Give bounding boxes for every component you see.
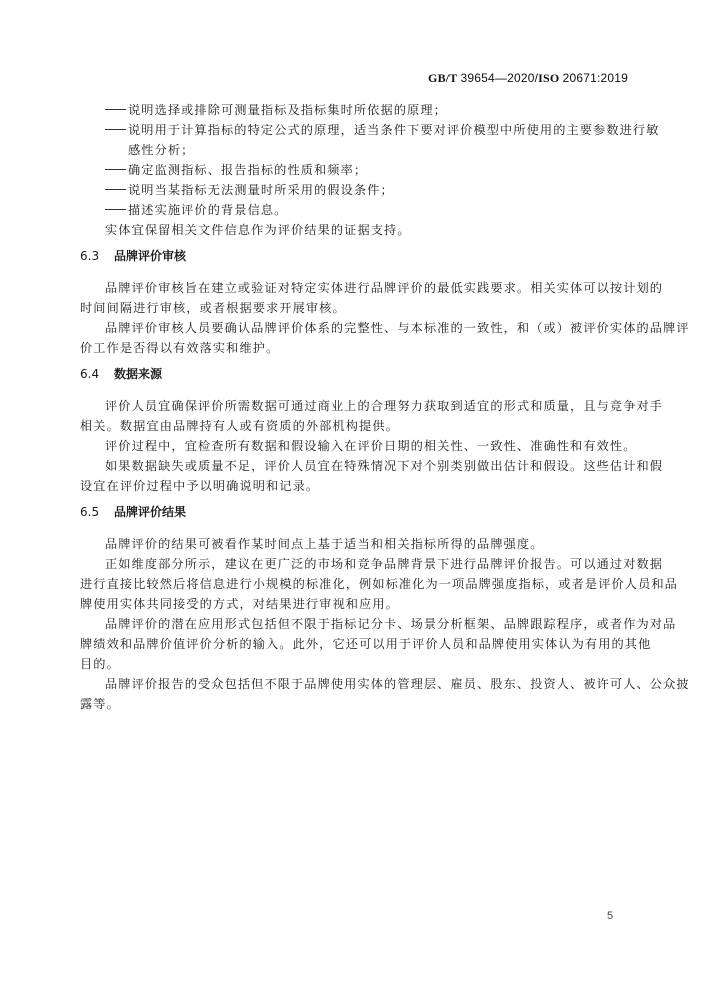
- paragraph-line: 品牌评价审核旨在建立或验证对特定实体进行品牌评价的最低实践要求。相关实体可以按计…: [80, 278, 629, 298]
- section-heading-6-4: 6.4数据来源: [80, 364, 629, 384]
- standard-prefix: GB/T: [428, 71, 457, 85]
- paragraph-line: 露等。: [80, 694, 629, 714]
- paragraph-line: 品牌评价审核人员要确认品牌评价体系的完整性、与本标准的一致性，和（或）被评价实体…: [80, 318, 629, 338]
- paragraph-line: 品牌评价的潜在应用形式包括但不限于指标记分卡、场景分析框架、品牌跟踪程序，或者作…: [80, 614, 629, 634]
- paragraph-line: 评价过程中，宜检查所有数据和假设输入在评价日期的相关性、一致性、准确性和有效性。: [80, 436, 629, 456]
- paragraph-line: 价工作是否得以有效落实和维护。: [80, 338, 629, 358]
- bullet-item: 确定监测指标、报告指标的性质和频率；: [80, 160, 629, 180]
- dash-icon: [105, 129, 126, 130]
- section-number: 6.4: [80, 364, 114, 384]
- section-title: 品牌评价审核: [114, 249, 186, 263]
- section-number: 6.5: [80, 502, 114, 522]
- paragraph-line: 品牌评价报告的受众包括但不限于品牌使用实体的管理层、雇员、股东、投资人、被许可人…: [80, 674, 629, 694]
- page-body: 说明选择或排除可测量指标及指标集时所依据的原理； 说明用于计算指标的特定公式的原…: [80, 100, 629, 714]
- section-title: 数据来源: [114, 367, 162, 381]
- paragraph-line: 如果数据缺失或质量不足，评价人员宜在特殊情况下对个别类别做出估计和假设。这些估计…: [80, 456, 629, 476]
- paragraph-line: 品牌评价的结果可被看作某时间点上基于适当和相关指标所得的品牌强度。: [80, 534, 629, 554]
- paragraph-line: 相关。数据宜由品牌持有人或有资质的外部机构提供。: [80, 416, 629, 436]
- dash-icon: [105, 209, 126, 210]
- section-title: 品牌评价结果: [114, 505, 186, 519]
- iso-number: 20671:2019: [563, 71, 628, 85]
- section-heading-6-5: 6.5品牌评价结果: [80, 502, 629, 522]
- dash-icon: [105, 189, 126, 190]
- standard-number: 39654—2020/: [461, 71, 539, 85]
- bullet-item: 说明用于计算指标的特定公式的原理，适当条件下要对评价模型中所使用的主要参数进行敏: [80, 120, 629, 140]
- paragraph-line: 牌绩效和品牌价值评价分析的输入。此外，它还可以用于评价人员和品牌使用实体认为有用…: [80, 634, 629, 654]
- paragraph-line: 牌使用实体共同接受的方式，对结果进行审视和应用。: [80, 594, 629, 614]
- paragraph-line: 目的。: [80, 654, 629, 674]
- paragraph-line: 正如维度部分所示，建议在更广泛的市场和竞争品牌背景下进行品牌评价报告。可以通过对…: [80, 554, 629, 574]
- dash-icon: [105, 109, 126, 110]
- iso-prefix: ISO: [538, 71, 559, 85]
- paragraph-line: 设宜在评价过程中予以明确说明和记录。: [80, 476, 629, 496]
- dash-icon: [105, 169, 126, 170]
- bullet-continuation: 感性分析；: [80, 140, 629, 160]
- standard-header: GB/T 39654—2020/ISO 20671:2019: [428, 71, 628, 86]
- intro-closing: 实体宜保留相关文件信息作为评价结果的证据支持。: [80, 220, 629, 240]
- section-number: 6.3: [80, 246, 114, 266]
- bullet-item: 描述实施评价的背景信息。: [80, 200, 629, 220]
- paragraph-line: 时间间隔进行审核，或者根据要求开展审核。: [80, 298, 629, 318]
- section-heading-6-3: 6.3品牌评价审核: [80, 246, 629, 266]
- page-number: 5: [607, 910, 613, 922]
- paragraph-line: 评价人员宜确保评价所需数据可通过商业上的合理努力获取到适宜的形式和质量，且与竞争…: [80, 396, 629, 416]
- bullet-item: 说明当某指标无法测量时所采用的假设条件；: [80, 180, 629, 200]
- paragraph-line: 进行直接比较然后将信息进行小规模的标准化，例如标准化为一项品牌强度指标，或者是评…: [80, 574, 629, 594]
- bullet-item: 说明选择或排除可测量指标及指标集时所依据的原理；: [80, 100, 629, 120]
